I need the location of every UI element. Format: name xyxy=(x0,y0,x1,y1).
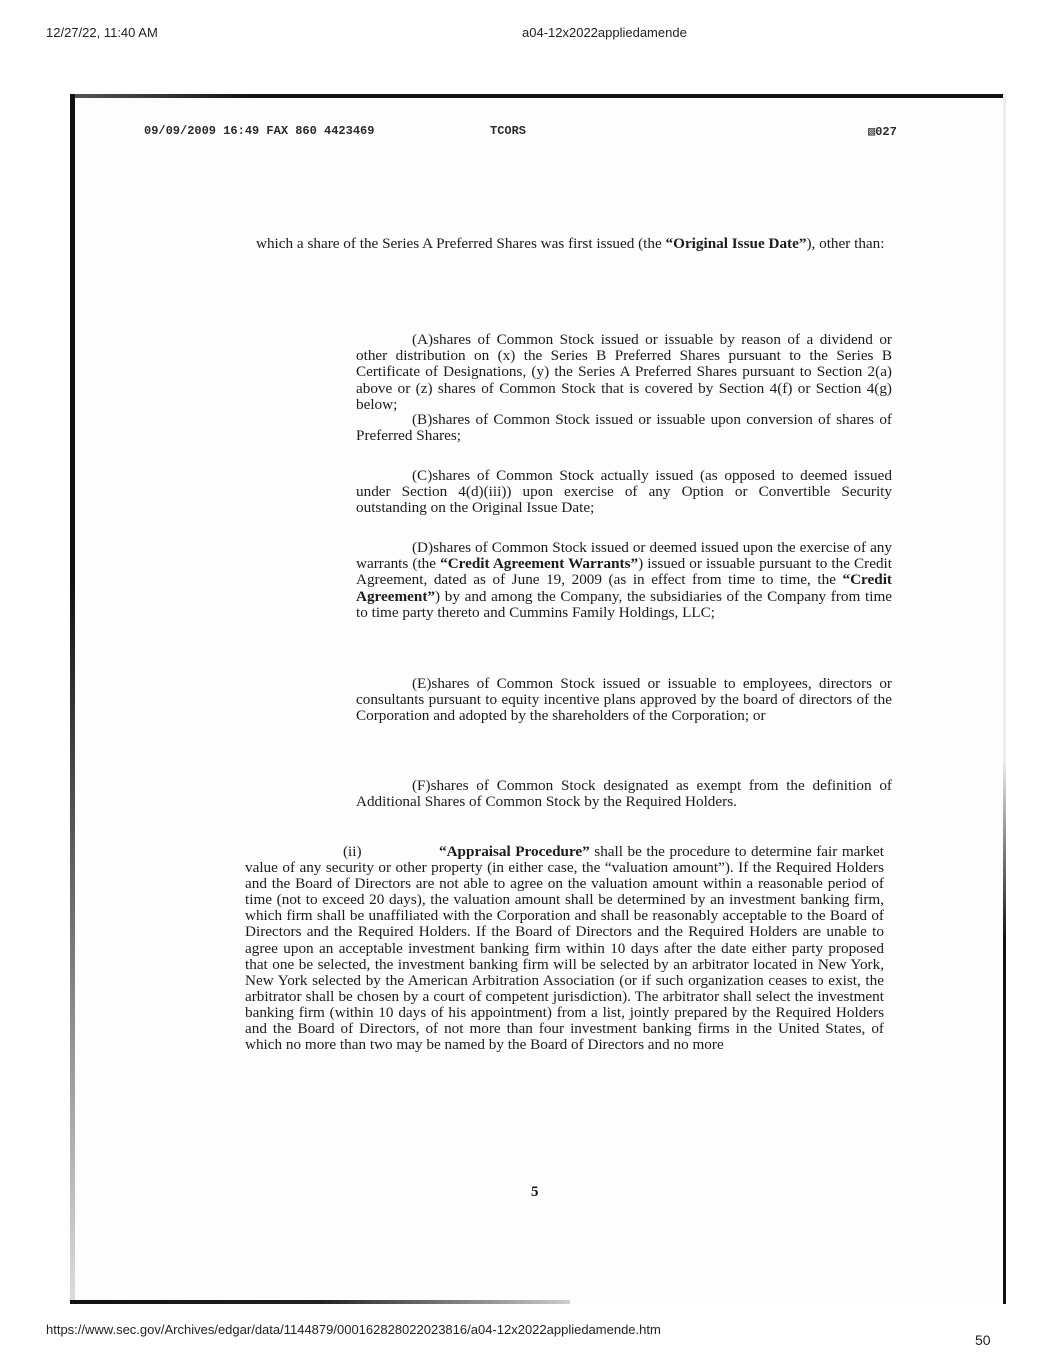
scan-border-top xyxy=(70,94,1006,98)
clause-text: shares of Common Stock issued or issuabl… xyxy=(356,331,892,413)
clause-label: (E) xyxy=(412,675,431,692)
section-text: shall be the procedure to determine fair… xyxy=(245,843,884,1053)
intro-paragraph: which a share of the Series A Preferred … xyxy=(256,236,892,252)
clause-text: ) by and among the Company, the subsidia… xyxy=(356,588,892,621)
clause-d: (D)shares of Common Stock issued or deem… xyxy=(356,540,892,621)
clause-text: shares of Common Stock designated as exe… xyxy=(356,777,892,810)
section-number: (ii) xyxy=(245,844,439,860)
clause-label: (F) xyxy=(412,777,431,794)
print-datetime: 12/27/22, 11:40 AM xyxy=(46,25,158,40)
clause-label: (B) xyxy=(412,411,432,428)
scan-border-bottom xyxy=(70,1300,570,1304)
clause-a: (A)shares of Common Stock issued or issu… xyxy=(356,332,892,413)
clause-f: (F)shares of Common Stock designated as … xyxy=(356,778,892,810)
section-ii-appraisal-procedure: (ii)“Appraisal Procedure” shall be the p… xyxy=(245,844,884,1053)
clause-label: (A) xyxy=(412,331,433,348)
clause-b: (B)shares of Common Stock issued or issu… xyxy=(356,412,892,444)
intro-text-end: ), other than: xyxy=(806,235,884,252)
clause-e: (E)shares of Common Stock issued or issu… xyxy=(356,676,892,725)
clause-text: shares of Common Stock issued or issuabl… xyxy=(356,411,892,444)
credit-agreement-warrants-term: “Credit Agreement Warrants” xyxy=(440,555,638,572)
clause-label: (D) xyxy=(412,539,433,556)
scan-border-right xyxy=(1003,94,1006,1304)
fax-page: ▧027 xyxy=(868,124,897,139)
fax-timestamp: 09/09/2009 16:49 FAX 860 4423469 xyxy=(144,124,374,138)
document-page-number: 5 xyxy=(531,1184,539,1201)
scan-border-left xyxy=(70,94,75,1304)
fax-company: TCORS xyxy=(490,124,526,138)
print-title: a04-12x2022appliedamende xyxy=(522,25,687,40)
appraisal-procedure-term: “Appraisal Procedure” xyxy=(439,843,590,860)
original-issue-date-term: “Original Issue Date” xyxy=(666,235,807,252)
scanned-page: 09/09/2009 16:49 FAX 860 4423469 TCORS ▧… xyxy=(70,94,1006,1304)
clause-text: shares of Common Stock actually issued (… xyxy=(356,467,892,516)
print-header: 12/27/22, 11:40 AM a04-12x2022appliedame… xyxy=(0,25,1055,45)
clause-label: (C) xyxy=(412,467,432,484)
intro-text: which a share of the Series A Preferred … xyxy=(256,235,666,252)
clause-c: (C)shares of Common Stock actually issue… xyxy=(356,468,892,517)
print-url: https://www.sec.gov/Archives/edgar/data/… xyxy=(46,1322,661,1337)
clause-text: shares of Common Stock issued or issuabl… xyxy=(356,675,892,724)
print-page-number: 50 xyxy=(975,1332,991,1348)
